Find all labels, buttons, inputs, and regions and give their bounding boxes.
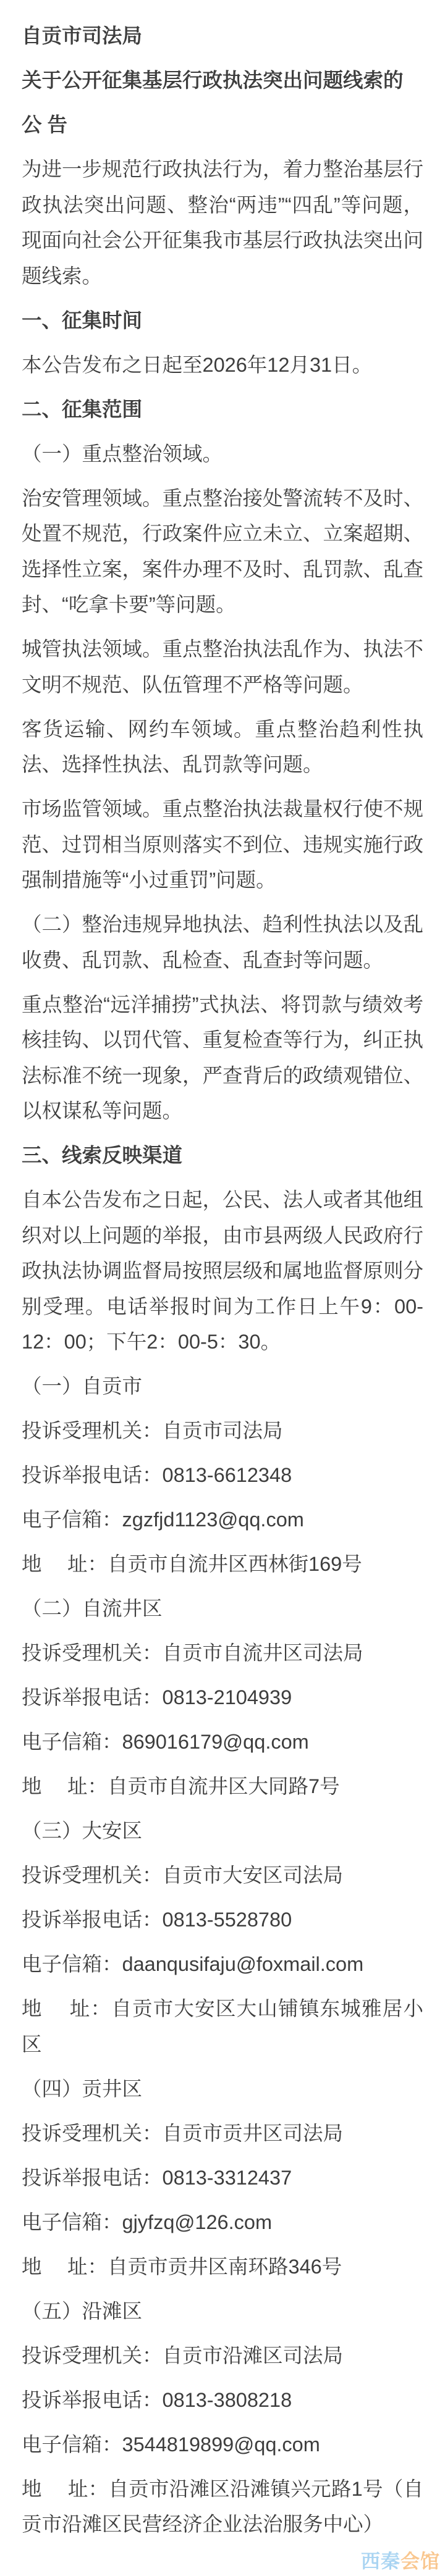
announcement-document: 自贡市司法局关于公开征集基层行政执法突出问题线索的公 告为进一步规范行政执法行为… [0, 0, 445, 2576]
body-paragraph: 治安管理领域。重点整治接处警流转不及时、处置不规范，行政案件应立未立、立案超期、… [22, 481, 423, 623]
contact-address-line: 地 址：自贡市自流井区大同路7号 [22, 1769, 423, 1805]
body-paragraph: 市场监管领域。重点整治执法裁量权行使不规范、过罚相当原则落实不到位、违规实施行政… [22, 792, 423, 898]
body-paragraph: 本公告发布之日起至2026年12月31日。 [22, 348, 423, 383]
contact-phone-line: 投诉举报电话：0813-3312437 [22, 2160, 423, 2196]
contact-agency-line: 投诉受理机关：自贡市大安区司法局 [22, 1858, 423, 1894]
document-body: 自贡市司法局关于公开征集基层行政执法突出问题线索的公 告为进一步规范行政执法行为… [0, 0, 445, 2576]
body-paragraph: （一）重点整治领域。 [22, 437, 423, 472]
contact-phone-line: 投诉举报电话：0813-3808218 [22, 2383, 423, 2419]
body-paragraph: （二）整治违规异地执法、趋利性执法以及乱收费、乱罚款、乱检查、乱查封等问题。 [22, 907, 423, 978]
contact-address-line: 地 址：自贡市自流井区西林街169号 [22, 1547, 423, 1583]
contact-address-line: 地 址：自贡市沿滩区沿滩镇兴元路1号（自贡市沿滩区民营经济企业法治服务中心） [22, 2472, 423, 2543]
contact-phone-line: 投诉举报电话：0813-5528780 [22, 1902, 423, 1938]
document-subject-title: 关于公开征集基层行政执法突出问题线索的 [22, 63, 423, 99]
section-heading: 二、征集范围 [22, 392, 423, 428]
contact-agency-line: 投诉受理机关：自贡市沿滩区司法局 [22, 2338, 423, 2374]
district-heading: （五）沿滩区 [22, 2294, 423, 2330]
watermark-text-huiguan: 会馆 [400, 2551, 440, 2572]
contact-email-line: 电子信箱：gjyfzq@126.com [22, 2205, 423, 2241]
watermark-text-xiqin: 西秦 [361, 2551, 400, 2572]
contact-agency-line: 投诉受理机关：自贡市自流井区司法局 [22, 1636, 423, 1671]
body-paragraph: 客货运输、网约车领域。重点整治趋利性执法、选择性执法、乱罚款等问题。 [22, 712, 423, 783]
contact-phone-line: 投诉举报电话：0813-2104939 [22, 1680, 423, 1716]
contact-phone-line: 投诉举报电话：0813-6612348 [22, 1458, 423, 1494]
district-heading: （三）大安区 [22, 1813, 423, 1849]
section-heading: 一、征集时间 [22, 303, 423, 339]
contact-email-line: 电子信箱：869016179@qq.com [22, 1725, 423, 1760]
contact-email-line: 电子信箱：3544819899@qq.com [22, 2427, 423, 2463]
contact-address-line: 地 址：自贡市贡井区南环路346号 [22, 2249, 423, 2285]
watermark: 西秦会馆 [361, 2552, 440, 2571]
contact-address-line: 地 址：自贡市大安区大山铺镇东城雅居小区 [22, 1991, 423, 2062]
district-heading: （四）贡井区 [22, 2072, 423, 2107]
organization-title: 自贡市司法局 [22, 19, 423, 54]
district-heading: （二）自流井区 [22, 1591, 423, 1627]
contact-agency-line: 投诉受理机关：自贡市司法局 [22, 1413, 423, 1449]
body-paragraph: 城管执法领域。重点整治执法乱作为、执法不文明不规范、队伍管理不严格等问题。 [22, 632, 423, 703]
document-type-title: 公 告 [22, 107, 423, 143]
contact-email-line: 电子信箱：daanqusifaju@foxmail.com [22, 1947, 423, 1983]
body-paragraph: 重点整治“远洋捕捞”式执法、将罚款与绩效考核挂钩、以罚代管、重复检查等行为，纠正… [22, 987, 423, 1129]
district-heading: （一）自贡市 [22, 1369, 423, 1405]
contact-email-line: 电子信箱：zgzfjd1123@qq.com [22, 1502, 423, 1538]
section-heading: 三、线索反映渠道 [22, 1138, 423, 1174]
contact-agency-line: 投诉受理机关：自贡市贡井区司法局 [22, 2116, 423, 2152]
body-paragraph: 自本公告发布之日起，公民、法人或者其他组织对以上问题的举报，由市县两级人民政府行… [22, 1182, 423, 1360]
intro-paragraph: 为进一步规范行政执法行为，着力整治基层行政执法突出问题、整治“两违”“四乱”等问… [22, 152, 423, 294]
